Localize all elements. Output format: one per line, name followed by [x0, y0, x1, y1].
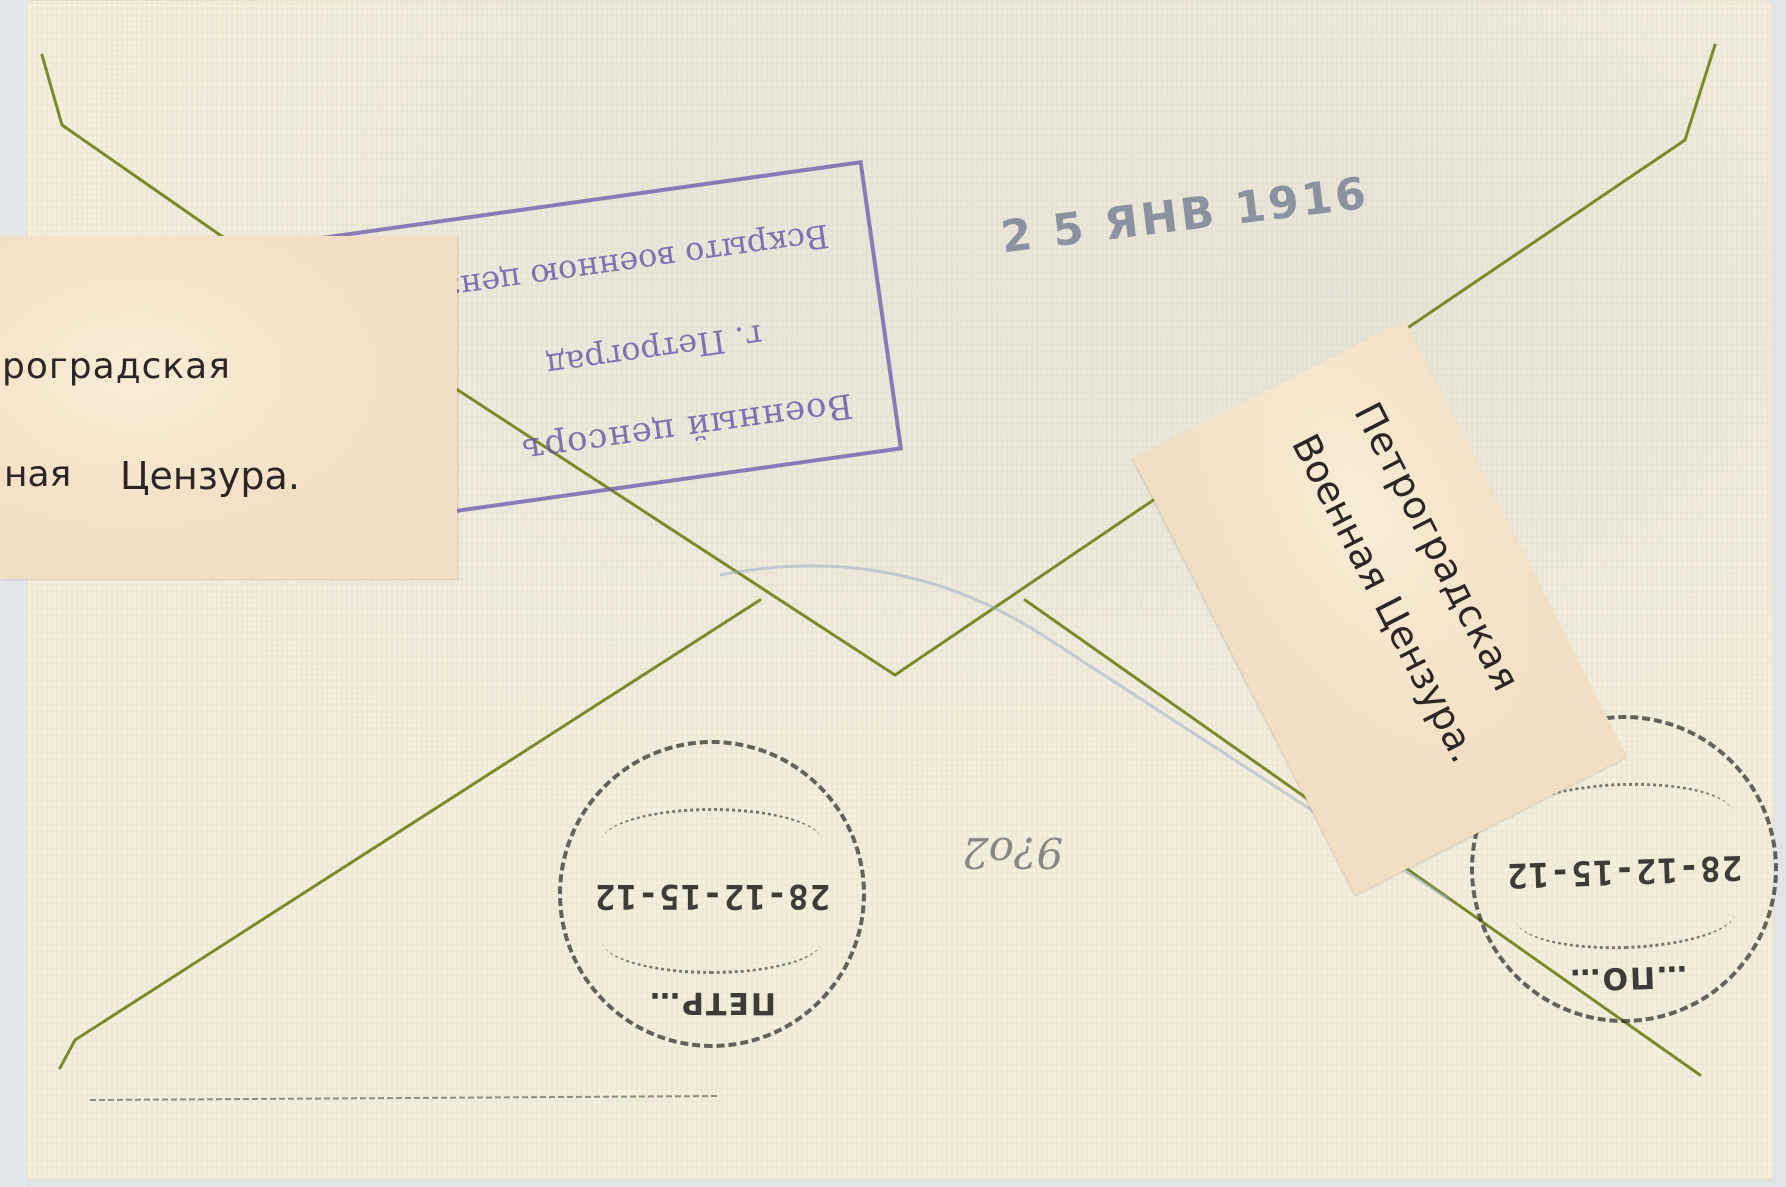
pencil-notation: 9?o2 [962, 828, 1063, 877]
postmark-town: ПЕТР… [562, 985, 862, 1020]
censor-label-left-line-1: рогpадская [2, 346, 231, 387]
censor-label-left: рогpадская ная Цензура. [0, 236, 457, 579]
postmark-date: 28-12-15-12 [562, 876, 862, 916]
postmark-left: ПЕТР… 28-12-15-12 [558, 740, 866, 1048]
censor-label-left-line-2b: Цензура. [120, 454, 300, 498]
censor-stamp-line-2: г. Петроград [544, 317, 765, 385]
censor-label-left-line-2a: ная [4, 454, 71, 495]
censor-stamp-line-1: Военный ценсоръ [519, 385, 855, 471]
